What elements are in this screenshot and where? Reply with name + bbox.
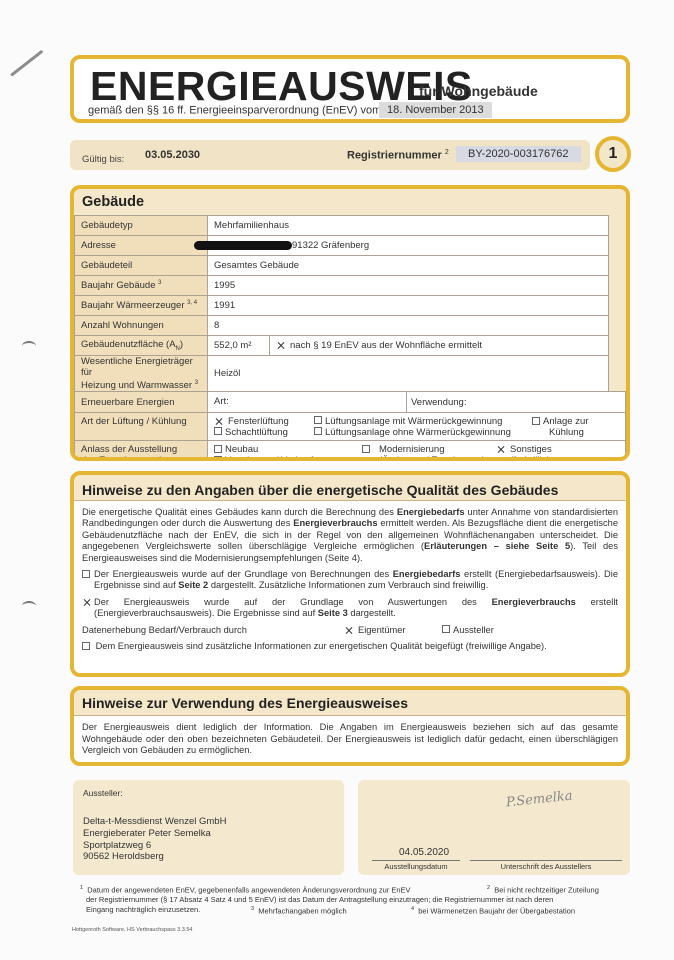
row-label: Baujahr Gebäude 3 <box>75 276 208 296</box>
ventilation-options: ⨯Fensterlüftung Schachtlüftung Lüftungsa… <box>208 413 626 441</box>
footnote-line-3: Eingang nachträglich einzusetzen. 3 Mehr… <box>80 905 635 916</box>
ventilation-col-2: Lüftungsanlage mit Wärmerückgewinnung Lü… <box>314 416 532 438</box>
option-without-recovery[interactable]: Lüftungsanlage ohne Wärmerückgewinnung <box>314 427 532 438</box>
table-row: Art der Lüftung / Kühlung ⨯Fensterlüftun… <box>75 413 626 441</box>
label-line: Anlass der Ausstellung <box>81 444 177 455</box>
checkbox-checked[interactable]: ⨯ <box>276 340 288 350</box>
option-new-build[interactable]: Neubau <box>214 444 362 455</box>
footnote-ref: 3, 4 <box>187 300 197 306</box>
building-part-value: Gesamtes Gebäude <box>208 256 609 276</box>
ventilation-col-1: ⨯Fensterlüftung Schachtlüftung <box>214 416 314 438</box>
issuer-line: Energieberater Peter Semelka <box>83 828 226 840</box>
issuer-line: Sportplatzweg 6 <box>83 840 226 852</box>
label-text: Gebäudenutzfläche (A <box>81 339 176 350</box>
label-end: ) <box>180 339 183 350</box>
row-label: Gebäudeteil <box>75 256 208 276</box>
valid-until-label: Gültig bis: <box>82 154 124 165</box>
table-row: Anzahl Wohnungen 8 <box>75 316 626 336</box>
option-with-recovery[interactable]: Lüftungsanlage mit Wärmerückgewinnung <box>314 416 532 427</box>
section-title: Hinweise zur Verwendung des Energieauswe… <box>74 690 626 716</box>
energy-carrier-value: Heizöl <box>208 356 609 392</box>
registration-label-text: Registriernummer <box>347 150 442 162</box>
software-credit: Hottgenroth Software, HS Verbrauchspass … <box>72 927 192 933</box>
row-label: Gebäudenutzfläche (AN) <box>75 336 208 356</box>
option-label: Lüftungsanlage ohne Wärmerückgewinnung <box>325 427 511 438</box>
pen-mark <box>10 50 43 77</box>
validity-bar: Gültig bis: 03.05.2030 Registriernummer … <box>70 140 590 170</box>
row-label: Gebäudetyp <box>75 216 208 236</box>
checkbox-unchecked[interactable] <box>214 427 222 435</box>
table-row: Adresse 91322 Gräfenberg <box>75 236 626 256</box>
building-type-value: Mehrfamilienhaus <box>208 216 609 236</box>
footnote-2-start: 2 Bei nicht rechtzeitiger Zuteilung <box>487 884 599 895</box>
issuer-address: Delta-t-Messdienst Wenzel GmbH Energiebe… <box>83 816 226 863</box>
address-text: 91322 Gräfenberg <box>292 240 369 251</box>
row-label: Baujahr Wärmeerzeuger 3, 4 <box>75 296 208 316</box>
label-text: Baujahr Gebäude <box>81 280 155 291</box>
label-line: Heizung und Warmwasser <box>81 380 192 391</box>
checkbox-checked[interactable]: ⨯ <box>214 416 226 426</box>
document-subtitle: für Wohngebäude <box>419 83 538 99</box>
option-label: Aussteller <box>453 625 494 635</box>
footnote-3: 3 Mehrfachangaben möglich <box>251 905 411 916</box>
reason-col-1: Neubau Vermietung / Verkauf <box>214 444 362 461</box>
intro-paragraph: Die energetische Qualität eines Gebäudes… <box>82 507 618 564</box>
checkbox-unchecked[interactable] <box>532 417 540 425</box>
option-label: (Änderung / Erweiterung) <box>379 455 485 461</box>
checkbox-unchecked[interactable] <box>314 427 322 435</box>
year-heater-value: 1991 <box>208 296 609 316</box>
footnote-ref: 3 <box>158 280 161 286</box>
redaction-bar <box>194 241 292 250</box>
option-label: Anlage zur <box>543 416 588 427</box>
table-row: Baujahr Wärmeerzeuger 3, 4 1991 <box>75 296 626 316</box>
option-window[interactable]: ⨯Fensterlüftung <box>214 416 314 427</box>
law-date: 18. November 2013 <box>379 102 492 118</box>
checkbox-unchecked[interactable] <box>214 445 222 453</box>
area-value: 552,0 m² <box>208 336 270 356</box>
footnote-2-end: Eingang nachträglich einzusetzen. <box>86 905 251 916</box>
building-section: Gebäude Gebäudetyp Mehrfamilienhaus Adre… <box>70 185 630 461</box>
option-label: Neubau <box>225 444 258 455</box>
valid-until-value: 03.05.2030 <box>145 149 200 161</box>
option-label: Schachtlüftung <box>225 427 288 438</box>
reason-options: Neubau Vermietung / Verkauf Modernisieru… <box>208 441 626 461</box>
renewable-use: Verwendung: <box>407 397 466 408</box>
divider <box>470 860 622 861</box>
option-label: Sonstiges <box>510 444 552 455</box>
title-box: ENERGIEAUSWEIS für Wohngebäude gemäß den… <box>70 55 630 123</box>
option-label: Fensterlüftung <box>228 416 289 427</box>
renewable-type-label: Art: <box>214 396 229 407</box>
issuer-box: Aussteller: Delta-t-Messdienst Wenzel Gm… <box>73 780 344 875</box>
table-row: Erneuerbare Energien Art: Verwendung: <box>75 392 626 413</box>
option-label: (freiwillig) <box>510 455 550 461</box>
option-shaft[interactable]: Schachtlüftung <box>214 427 314 438</box>
renewable-use-label: Verwendung: <box>411 397 466 408</box>
usage-notes-section: Hinweise zur Verwendung des Energieauswe… <box>70 686 630 766</box>
law-text: gemäß den §§ 16 ff. Energieeinsparverord… <box>88 105 381 117</box>
registration-number: BY-2020-003176762 <box>456 146 581 162</box>
label-text: Baujahr Wärmeerzeuger <box>81 300 185 311</box>
usage-notes-body: Der Energieausweis dient lediglich der I… <box>74 716 626 762</box>
checkbox-checked[interactable]: ⨯ <box>496 444 508 461</box>
row-label: Adresse <box>75 236 208 256</box>
area-method: ⨯nach § 19 EnEV aus der Wohnfläche ermit… <box>270 336 609 356</box>
option-modernisation[interactable]: Modernisierung(Änderung / Erweiterung) <box>362 444 496 461</box>
page-number-badge: 1 <box>595 136 631 172</box>
option-label: Modernisierung <box>379 444 444 455</box>
photo-area <box>608 216 625 392</box>
footnote-ref: 2 <box>445 149 449 156</box>
label-line: Wesentliche Energieträger für <box>81 356 193 378</box>
issue-date: 04.05.2020 <box>384 847 464 858</box>
checkbox-unchecked[interactable] <box>82 570 90 578</box>
building-table: Gebäudetyp Mehrfamilienhaus Adresse 9132… <box>74 215 626 461</box>
address-value: 91322 Gräfenberg <box>208 236 609 256</box>
footnote-ref: 3 <box>195 380 198 386</box>
data-collection-label: Datenerhebung Bedarf/Verbrauch durch <box>82 625 344 636</box>
option-additional-info[interactable]: Dem Energieausweis sind zusätzliche Info… <box>82 641 618 652</box>
quality-notes-body: Die energetische Qualität eines Gebäudes… <box>74 501 626 673</box>
issue-date-label: Ausstellungsdatum <box>372 862 460 871</box>
option-label: Kühlung <box>543 427 584 438</box>
section-title: Hinweise zu den Angaben über die energet… <box>74 475 626 501</box>
table-row: Anlass der Ausstellungdes Energieausweis… <box>75 441 626 461</box>
checkbox-unchecked[interactable] <box>362 445 370 453</box>
units-value: 8 <box>208 316 609 336</box>
section-title: Gebäude <box>74 189 626 215</box>
year-building-value: 1995 <box>208 276 609 296</box>
row-label: Art der Lüftung / Kühlung <box>75 413 208 441</box>
row-label: Anlass der Ausstellungdes Energieausweis… <box>75 441 208 461</box>
data-collection-row: Datenerhebung Bedarf/Verbrauch durch ⨯Ei… <box>82 625 618 636</box>
row-label: Erneuerbare Energien <box>75 392 208 413</box>
option-owner[interactable]: ⨯Eigentümer <box>344 625 442 636</box>
table-row: Baujahr Gebäude 3 1995 <box>75 276 626 296</box>
punch-hole <box>22 341 36 351</box>
option-text: Der Energieausweis wurde auf der Grundla… <box>94 597 618 620</box>
table-row: Wesentliche Energieträger fürHeizung und… <box>75 356 626 392</box>
checkbox-checked[interactable]: ⨯ <box>82 597 94 607</box>
quality-notes-section: Hinweise zu den Angaben über die energet… <box>70 471 630 677</box>
checkbox-unchecked[interactable] <box>442 625 450 633</box>
option-other[interactable]: ⨯ Sonstiges(freiwillig) <box>496 444 552 461</box>
option-rent-sale[interactable]: Vermietung / Verkauf <box>214 455 362 461</box>
option-label: Lüftungsanlage mit Wärmerückgewinnung <box>325 416 502 427</box>
option-cooling[interactable]: Anlage zurKühlung <box>532 416 588 438</box>
checkbox-unchecked[interactable] <box>82 642 90 650</box>
area-method-text: nach § 19 EnEV aus der Wohnfläche ermitt… <box>290 340 482 351</box>
option-consumption-certificate[interactable]: ⨯ Der Energieausweis wurde auf der Grund… <box>82 597 618 620</box>
option-label: Eigentümer <box>358 625 406 635</box>
renewable-type: Art: <box>208 392 407 412</box>
checkbox-unchecked[interactable] <box>214 456 222 461</box>
option-label: Vermietung / Verkauf <box>225 455 313 461</box>
punch-hole <box>22 601 36 611</box>
registration-label: Registriernummer 2 <box>347 149 449 162</box>
row-label: Wesentliche Energieträger fürHeizung und… <box>75 356 208 392</box>
row-label: Anzahl Wohnungen <box>75 316 208 336</box>
footnote-4: 4 bei Wärmenetzen Baujahr der Übergabest… <box>411 905 575 916</box>
checkbox-unchecked[interactable] <box>314 416 322 424</box>
renewable-values: Art: Verwendung: <box>208 392 626 413</box>
issuer-line: 90562 Heroldsberg <box>83 851 226 863</box>
option-demand-certificate[interactable]: Der Energieausweis wurde auf der Grundla… <box>82 569 618 592</box>
signature: P.Semelka <box>505 789 573 811</box>
table-row: Gebäudetyp Mehrfamilienhaus <box>75 216 626 236</box>
footnote-2-cont: der Registriernummer (§ 17 Absatz 4 Satz… <box>80 895 635 905</box>
footnotes: 1 Datum der angewendeten EnEV, gegebenen… <box>80 884 635 916</box>
checkbox-checked[interactable]: ⨯ <box>344 625 356 635</box>
table-row: Gebäudenutzfläche (AN) 552,0 m² ⨯nach § … <box>75 336 626 356</box>
table-row: Gebäudeteil Gesamtes Gebäude <box>75 256 626 276</box>
label-line: des Energieausweises <box>81 455 176 461</box>
option-label: Dem Energieausweis sind zusätzliche Info… <box>96 641 547 651</box>
law-reference: gemäß den §§ 16 ff. Energieeinsparverord… <box>88 104 388 117</box>
usage-text: Der Energieausweis dient lediglich der I… <box>82 722 618 757</box>
issuer-label: Aussteller: <box>83 788 123 798</box>
divider <box>372 860 460 861</box>
signature-label: Unterschrift des Ausstellers <box>470 862 622 871</box>
issuer-line: Delta-t-Messdienst Wenzel GmbH <box>83 816 226 828</box>
option-text: Der Energieausweis wurde auf der Grundla… <box>94 569 618 592</box>
signature-box: P.Semelka 04.05.2020 Ausstellungsdatum U… <box>358 780 630 875</box>
option-issuer[interactable]: Aussteller <box>442 625 494 636</box>
